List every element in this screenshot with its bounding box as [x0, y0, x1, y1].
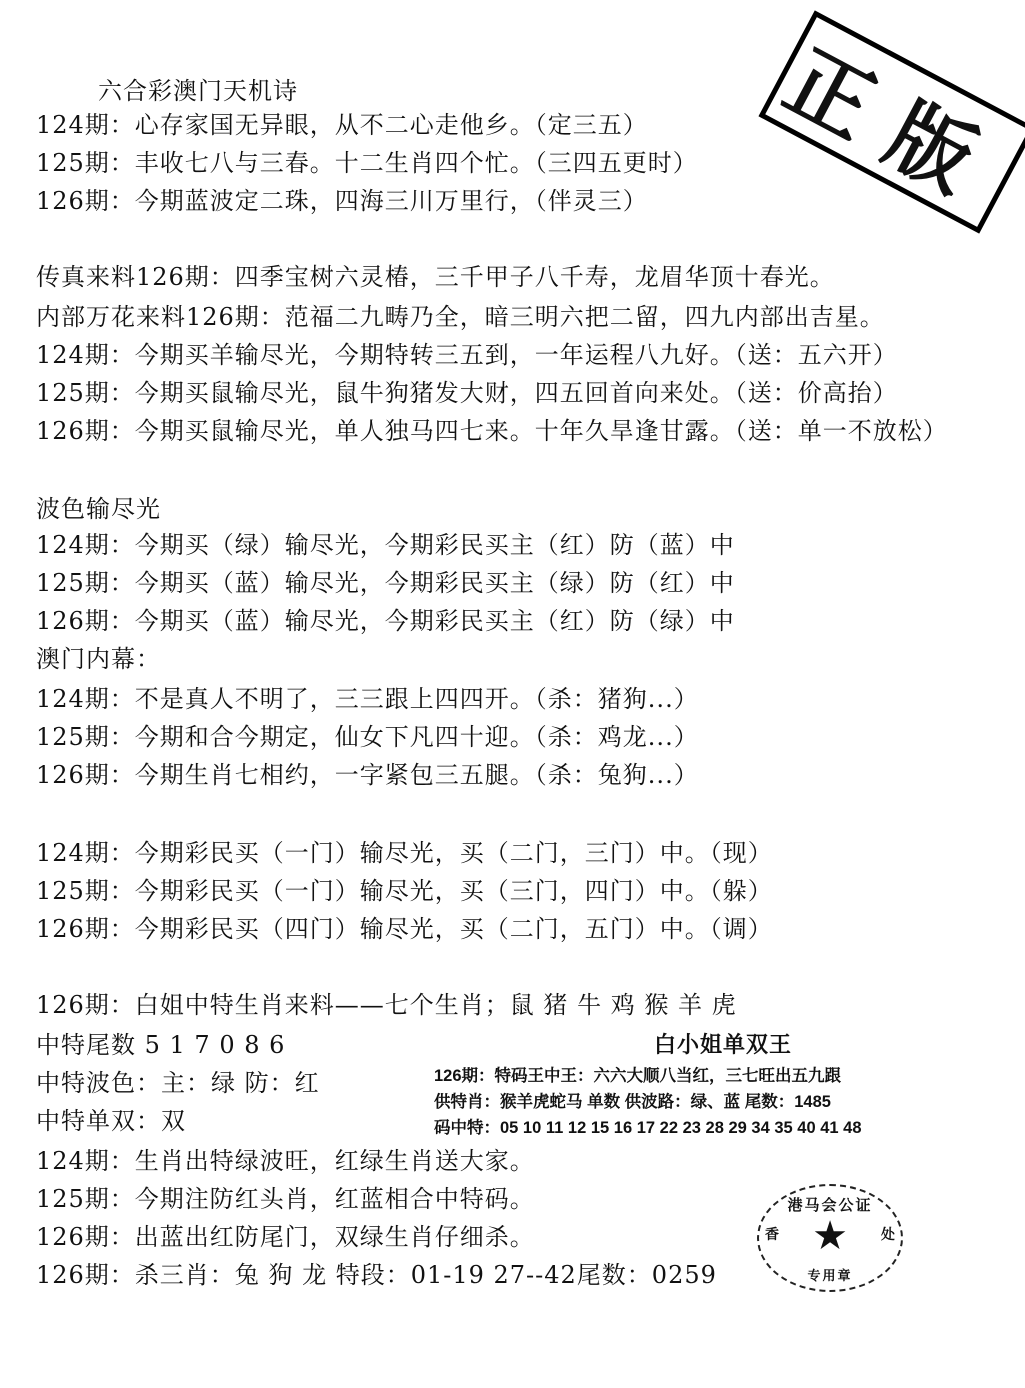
- loss-line: 126期：今期买鼠输尽光，单人独马四七来。十年久旱逢甘露。（送：单一不放松）: [36, 416, 948, 446]
- seal-arc-text: 港马会公证: [759, 1194, 901, 1215]
- wave-line: 124期：今期买（绿）输尽光，今期彩民买主（红）防（蓝）中: [36, 530, 735, 560]
- odd-even: 中特单双：双: [36, 1106, 186, 1136]
- final-line: 125期：今期注防红头肖，红蓝相合中特码。: [36, 1184, 535, 1214]
- bai-zodiac-line: 126期：白姐中特生肖来料——七个生肖；鼠 猪 牛 鸡 猴 羊 虎: [36, 990, 737, 1020]
- official-seal: 港马会公证 香 处 ★ 专用章: [757, 1184, 903, 1292]
- poem-line: 125期：丰收七八与三春。十二生肖四个忙。（三四五更时）: [36, 148, 698, 178]
- star-icon: ★: [759, 1214, 901, 1258]
- poem-line: 126期：今期蓝波定二珠，四海三川万里行，（伴灵三）: [36, 186, 648, 216]
- bai-box-line: 供特肖：猴羊虎蛇马 单数 供波路：绿、蓝 尾数：1485: [434, 1092, 831, 1112]
- macau-line: 125期：今期和合今期定，仙女下凡四十迎。（杀：鸡龙...）: [36, 722, 699, 752]
- door-line: 126期：今期彩民买（四门）输尽光，买（二门，五门）中。（调）: [36, 914, 773, 944]
- final-line: 126期：杀三肖：兔 狗 龙 特段：01-19 27--42尾数：0259: [36, 1260, 717, 1290]
- poem-line: 124期：心存家国无异眼，从不二心走他乡。（定三五）: [36, 110, 648, 140]
- bai-box-line: 码中特：05 10 11 12 15 16 17 22 23 28 29 34 …: [434, 1118, 862, 1138]
- bai-box-line: 126期：特码王中王：六六大顺八当红，三七旺出五九跟: [434, 1066, 841, 1086]
- final-line: 126期：出蓝出红防尾门，双绿生肖仔细杀。: [36, 1222, 535, 1252]
- seal-bottom-text: 专用章: [759, 1265, 901, 1284]
- wave-color: 中特波色：主：绿 防：红: [36, 1068, 320, 1098]
- loss-line: 125期：今期买鼠输尽光，鼠牛狗猪发大财，四五回首向来处。（送：价高抬）: [36, 378, 898, 408]
- internal-line: 内部万花来料126期：范福二九畴乃全，暗三明六把二留，四九内部出吉星。: [36, 302, 885, 332]
- genuine-stamp: 正版: [758, 10, 1025, 233]
- macau-line: 126期：今期生肖七相约，一字紧包三五腿。（杀：兔狗...）: [36, 760, 699, 790]
- macau-line: 124期：不是真人不明了，三三跟上四四开。（杀：猪狗...）: [36, 684, 699, 714]
- bai-box-title: 白小姐单双王: [654, 1028, 792, 1059]
- genuine-stamp-text: 正版: [768, 15, 1025, 229]
- tail-numbers: 中特尾数 5 1 7 0 8 6: [36, 1030, 285, 1060]
- final-line: 124期：生肖出特绿波旺，红绿生肖送大家。: [36, 1146, 535, 1176]
- wave-line: 125期：今期买（蓝）输尽光，今期彩民买主（绿）防（红）中: [36, 568, 735, 598]
- macau-heading: 澳门内幕：: [36, 644, 161, 674]
- wave-line: 126期：今期买（蓝）输尽光，今期彩民买主（红）防（绿）中: [36, 606, 735, 636]
- wave-heading: 波色输尽光: [36, 494, 161, 524]
- door-line: 125期：今期彩民买（一门）输尽光，买（三门，四门）中。（躲）: [36, 876, 773, 906]
- loss-line: 124期：今期买羊输尽光，今期特转三五到，一年运程八九好。（送：五六开）: [36, 340, 898, 370]
- fax-line: 传真来料126期：四季宝树六灵椿，三千甲子八千寿，龙眉华顶十春光。: [36, 262, 835, 292]
- page-title: 六合彩澳门天机诗: [98, 76, 298, 106]
- door-line: 124期：今期彩民买（一门）输尽光，买（二门，三门）中。（现）: [36, 838, 773, 868]
